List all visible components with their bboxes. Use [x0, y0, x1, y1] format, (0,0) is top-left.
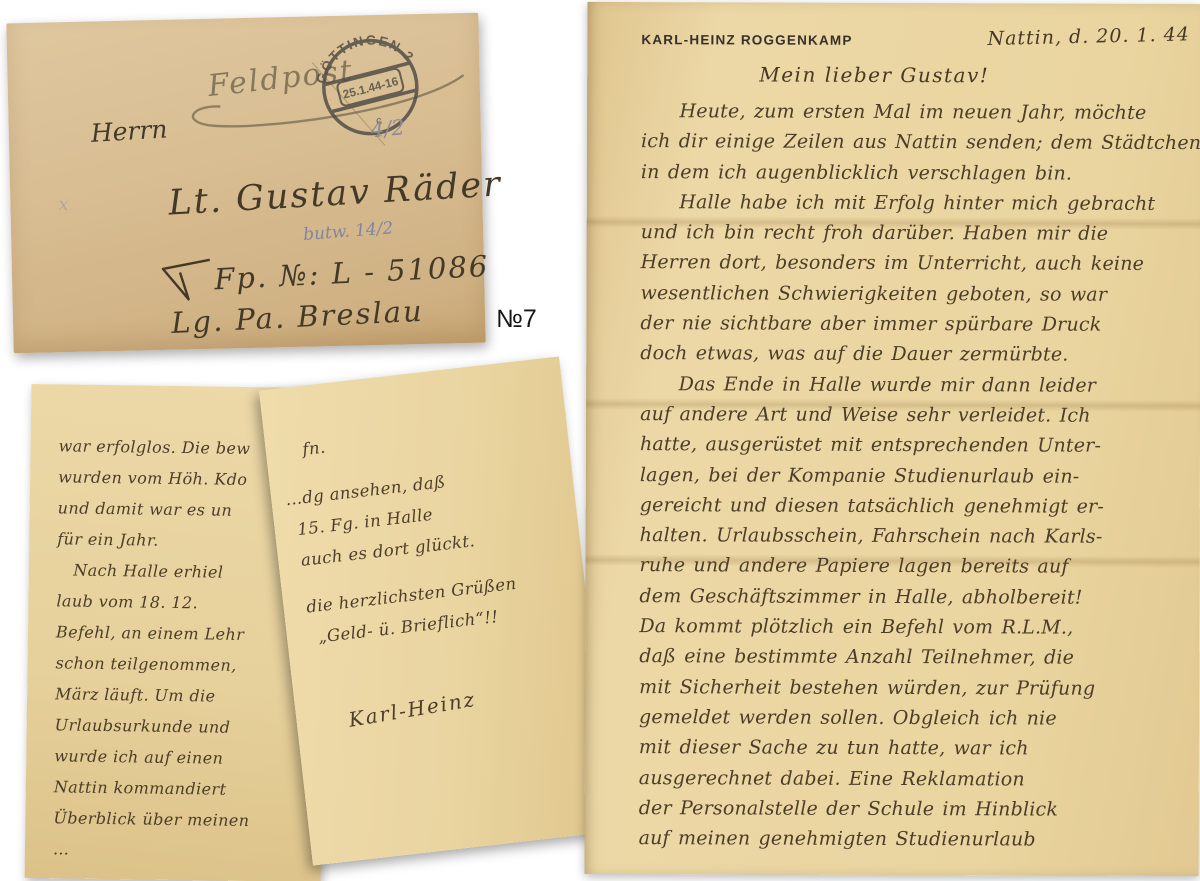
handwritten-line: dem Geschäftszimmer in Halle, abholberei… [639, 581, 1183, 613]
handwritten-line: Überblick über meinen [53, 802, 315, 837]
dateline: Nattin, d. 20. 1. 44 [987, 23, 1190, 50]
handwritten-line: lagen, bei der Kompanie Studienurlaub ei… [640, 460, 1184, 492]
handwritten-line: und ich bin recht froh darüber. Haben mi… [641, 217, 1185, 249]
handwritten-line: Heute, zum ersten Mal im neuen Jahr, möc… [641, 96, 1185, 128]
handwritten-line: mit dieser Sache zu tun hatte, war ich [639, 732, 1183, 764]
handwritten-line: schon teilgenommen, [55, 647, 317, 682]
handwritten-line: Urlaubsurkunde und [54, 709, 316, 744]
handwritten-line: … [53, 833, 315, 868]
envelope: Feldpost GÖTTINGEN 2 25.1.44-16 c 4/2 x … [6, 13, 485, 354]
handwritten-line: März läuft. Um die [55, 678, 317, 713]
handwritten-line: wesentlichen Schwierigkeiten geboten, so… [640, 278, 1184, 310]
handwritten-lines-over: fn.…dg ansehen, daß 15. Fg. in Halle auc… [259, 356, 589, 655]
handwritten-line: doch etwas, was auf die Dauer zermürbte. [640, 338, 1184, 370]
address-fieldpost-number: Fp. №: L - 51086 [213, 249, 490, 296]
handwritten-line: mit Sicherheit bestehen würden, zur Prüf… [639, 672, 1183, 704]
handwritten-line: Halle habe ich mit Erfolg hinter mich ge… [641, 187, 1185, 219]
handwritten-line: auf meinen genehmigten Studienurlaub [639, 823, 1183, 855]
handwritten-line: der Personalstelle der Schule im Hinblic… [639, 793, 1183, 825]
handwritten-line: Da kommt plötzlich ein Befehl vom R.L.M.… [639, 611, 1183, 643]
letter-page-right: KARL-HEINZ ROGGENKAMP Nattin, d. 20. 1. … [584, 2, 1200, 876]
address-salutation: Herrn [90, 114, 168, 147]
photo-number-label: №7 [496, 305, 537, 334]
handwritten-line: Nattin kommandiert [54, 771, 316, 806]
handwritten-line: Das Ende in Halle wurde mir dann leider [640, 369, 1184, 401]
handwritten-line: Befehl, an einem Lehr [56, 616, 318, 651]
handwritten-line: ruhe und andere Papiere lagen bereits au… [640, 551, 1184, 583]
handwritten-line: der nie sichtbare aber immer spürbare Dr… [640, 308, 1184, 340]
handwritten-line: ausgerechnet dabei. Eine Reklamation [639, 763, 1183, 795]
handwritten-line: ich dir einige Zeilen aus Nattin senden;… [641, 126, 1185, 158]
handwritten-line: daß eine bestimmte Anzahl Teilnehmer, di… [639, 641, 1183, 673]
handwritten-lines-right: Heute, zum ersten Mal im neuen Jahr, möc… [639, 96, 1186, 855]
handwritten-line: Herren dort, besonders im Unterricht, au… [641, 248, 1185, 280]
postmark-stamp: GÖTTINGEN 2 25.1.44-16 c [294, 10, 445, 161]
handwritten-line: in dem ich augenblicklich verschlagen bi… [641, 157, 1185, 189]
scan-background: Feldpost GÖTTINGEN 2 25.1.44-16 c 4/2 x … [0, 0, 1200, 881]
handwritten-line: wurde ich auf einen [54, 740, 316, 775]
bracket-mark [158, 255, 215, 304]
letterhead: KARL-HEINZ ROGGENKAMP [641, 32, 852, 48]
pencil-note-top: 4/2 [370, 115, 406, 142]
handwritten-line: hatte, ausgerüstet mit entsprechenden Un… [640, 429, 1184, 461]
signature: Karl-Heinz [347, 687, 478, 732]
address-name: Lt. Gustav Räder [167, 164, 502, 223]
pencil-note-answer: butw. 14/2 [303, 218, 394, 245]
salutation: Mein lieber Gustav! [759, 63, 989, 88]
handwritten-line: gemeldet werden sollen. Obgleich ich nie [639, 702, 1183, 734]
handwritten-line: gereicht und diesen tatsächlich genehmig… [640, 490, 1184, 522]
handwritten-line: auf andere Art und Weise sehr verleidet.… [640, 399, 1184, 431]
handwritten-line: halten. Urlaubsschein, Fahrschein nach K… [640, 520, 1184, 552]
handwritten-line: laub vom 18. 12. [56, 585, 318, 620]
pencil-mark-left: x [58, 194, 69, 215]
letter-page-over: fn.…dg ansehen, daß 15. Fg. in Halle auc… [259, 356, 613, 865]
